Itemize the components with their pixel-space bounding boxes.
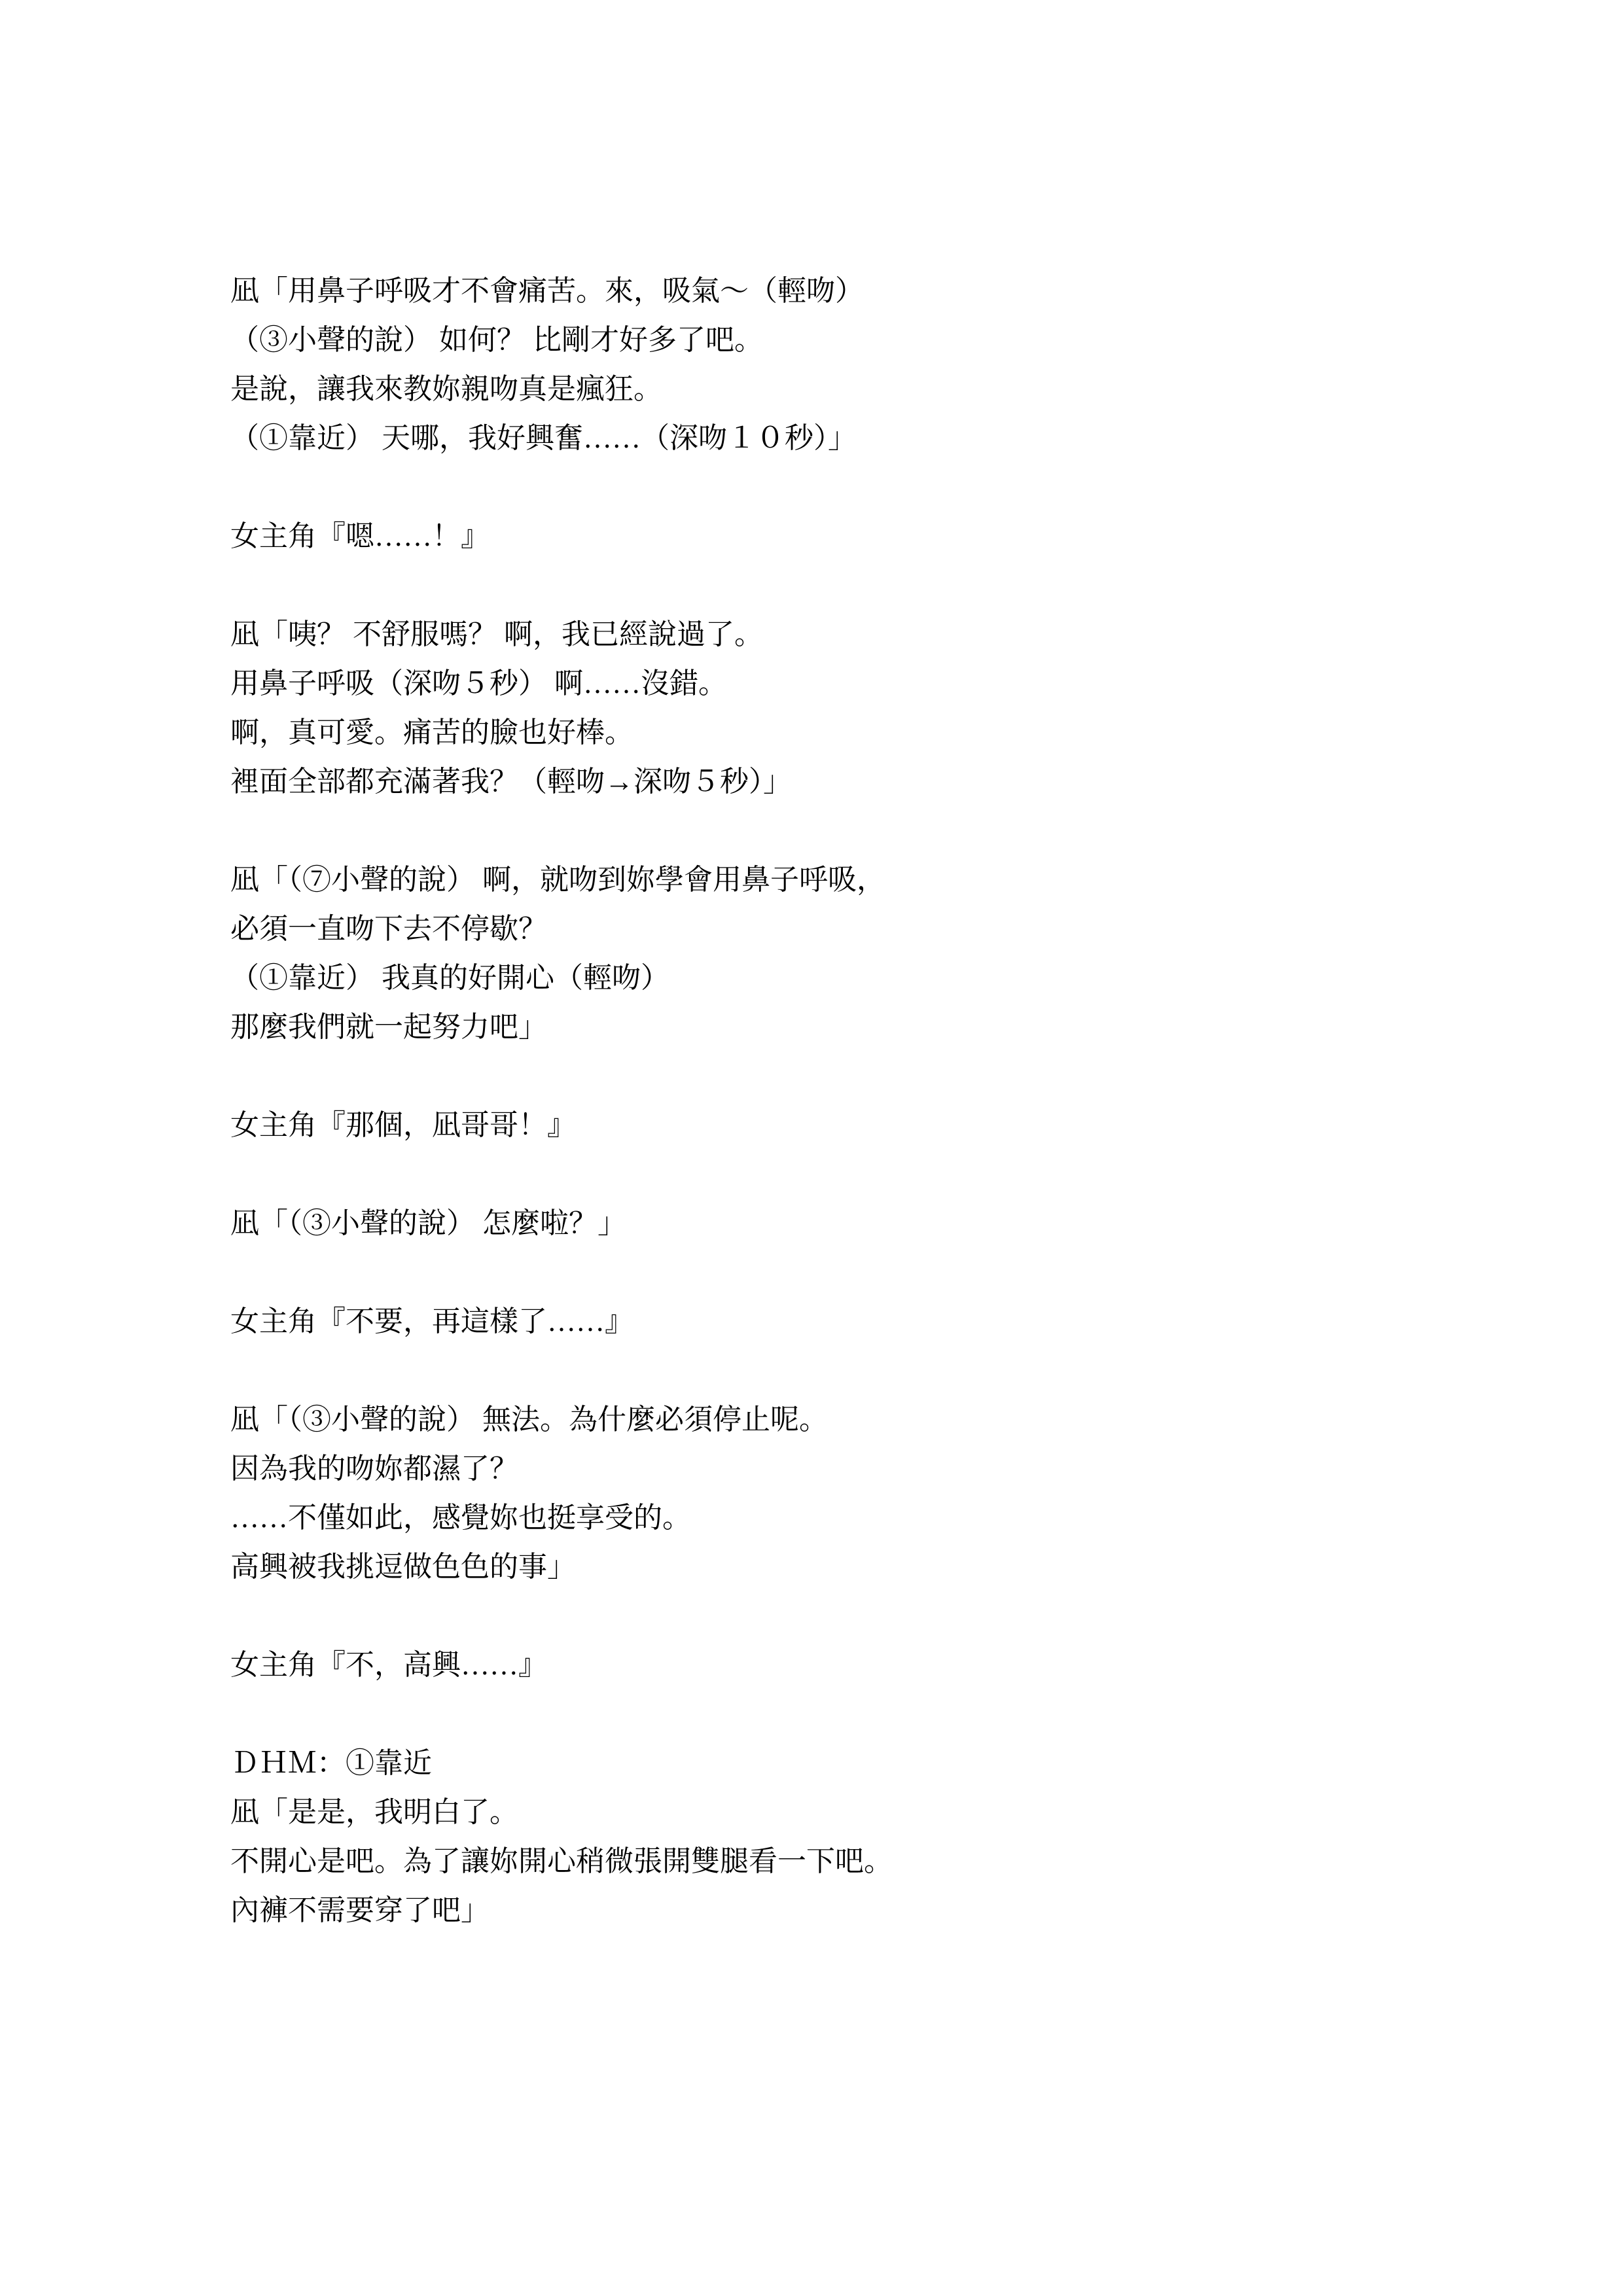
document-page: 凪「用鼻子呼吸才不會痛苦。來，吸氣～（輕吻） （③小聲的說） 如何？ 比剛才好多… [230, 266, 1408, 1935]
dialogue-block-nagi-4: 凪「（③小聲的說） 怎麼啦？」 [230, 1199, 1408, 1248]
dialogue-line: （③小聲的說） 如何？ 比剛才好多了吧。 [230, 315, 1408, 364]
dialogue-line: 凪「（⑦小聲的說） 啊，就吻到妳學會用鼻子呼吸， [230, 855, 1408, 904]
dialogue-line: 女主角『那個，凪哥哥！』 [230, 1101, 1408, 1150]
dialogue-line: 不開心是吧。為了讓妳開心稍微張開雙腿看一下吧。 [230, 1837, 1408, 1886]
dialogue-block-heroine-4: 女主角『不，高興……』 [230, 1640, 1408, 1689]
dialogue-line: 凪「是是，我明白了。 [230, 1788, 1408, 1837]
dialogue-line: （①靠近） 我真的好開心（輕吻） [230, 953, 1408, 1002]
dialogue-block-nagi-1: 凪「用鼻子呼吸才不會痛苦。來，吸氣～（輕吻） （③小聲的說） 如何？ 比剛才好多… [230, 266, 1408, 463]
dialogue-line: ……不僅如此，感覺妳也挺享受的。 [230, 1493, 1408, 1542]
dialogue-line: 女主角『不，高興……』 [230, 1640, 1408, 1689]
dialogue-line: 裡面全部都充滿著我？（輕吻→深吻５秒）」 [230, 757, 1408, 806]
dialogue-line: 因為我的吻妳都濕了？ [230, 1444, 1408, 1493]
dialogue-line: 凪「（③小聲的說） 怎麼啦？」 [230, 1199, 1408, 1248]
dialogue-block-nagi-3: 凪「（⑦小聲的說） 啊，就吻到妳學會用鼻子呼吸， 必須一直吻下去不停歇？ （①靠… [230, 855, 1408, 1051]
dialogue-block-heroine-2: 女主角『那個，凪哥哥！』 [230, 1101, 1408, 1150]
dialogue-line: （①靠近） 天哪，我好興奮……（深吻１０秒）」 [230, 414, 1408, 463]
dialogue-line: 那麼我們就一起努力吧」 [230, 1002, 1408, 1051]
dialogue-line: 高興被我挑逗做色色的事」 [230, 1542, 1408, 1591]
dialogue-line: 女主角『不要，再這樣了……』 [230, 1297, 1408, 1346]
dialogue-line: 啊，真可愛。痛苦的臉也好棒。 [230, 708, 1408, 757]
dialogue-block-nagi-2: 凪「咦？ 不舒服嗎？ 啊，我已經說過了。 用鼻子呼吸（深吻５秒） 啊……沒錯。 … [230, 610, 1408, 806]
dialogue-block-heroine-1: 女主角『嗯……！』 [230, 512, 1408, 561]
dialogue-line: 凪「（③小聲的說） 無法。為什麼必須停止呢。 [230, 1395, 1408, 1444]
dialogue-line: 凪「咦？ 不舒服嗎？ 啊，我已經說過了。 [230, 610, 1408, 659]
dialogue-line: 女主角『嗯……！』 [230, 512, 1408, 561]
dhm-direction-line: ＤＨＭ：①靠近 [230, 1739, 1408, 1788]
dialogue-block-dhm-nagi-6: ＤＨＭ：①靠近 凪「是是，我明白了。 不開心是吧。為了讓妳開心稍微張開雙腿看一下… [230, 1739, 1408, 1935]
dialogue-line: 用鼻子呼吸（深吻５秒） 啊……沒錯。 [230, 659, 1408, 708]
dialogue-line: 必須一直吻下去不停歇？ [230, 904, 1408, 953]
dialogue-line: 是說，讓我來教妳親吻真是瘋狂。 [230, 364, 1408, 414]
dialogue-line: 凪「用鼻子呼吸才不會痛苦。來，吸氣～（輕吻） [230, 266, 1408, 315]
dialogue-block-nagi-5: 凪「（③小聲的說） 無法。為什麼必須停止呢。 因為我的吻妳都濕了？ ……不僅如此… [230, 1395, 1408, 1591]
dialogue-line: 內褲不需要穿了吧」 [230, 1886, 1408, 1935]
dialogue-block-heroine-3: 女主角『不要，再這樣了……』 [230, 1297, 1408, 1346]
